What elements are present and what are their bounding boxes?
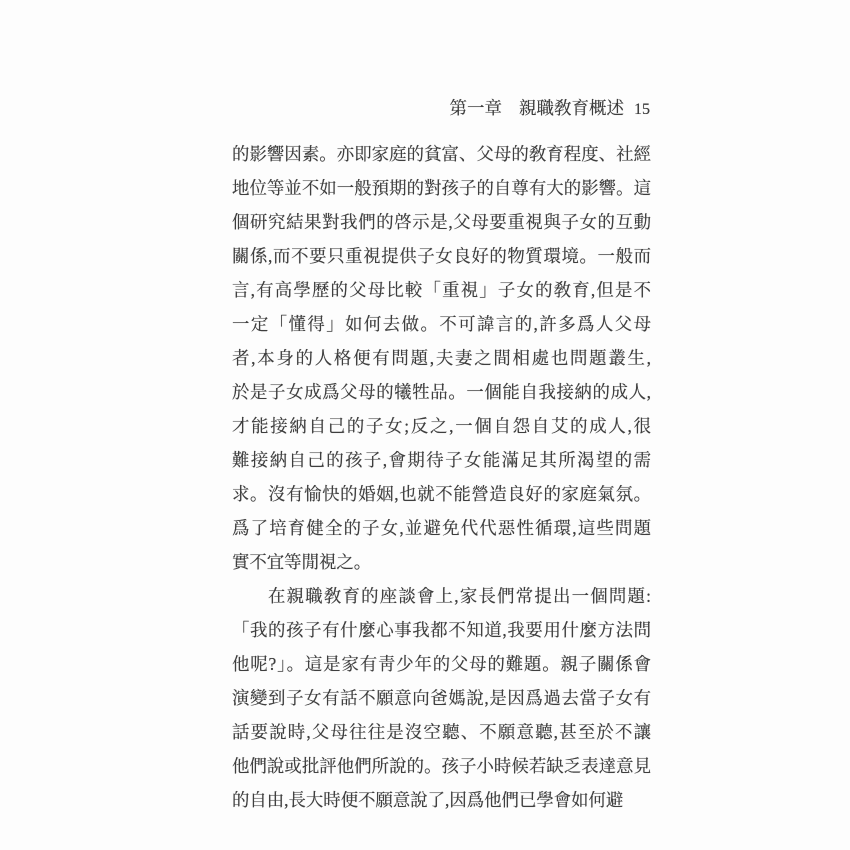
chapter-label: 第一章: [450, 98, 503, 118]
text-line: 求。沒有愉快的婚姻,也就不能營造良好的家庭氣氛。: [232, 477, 651, 511]
page-number: 15: [634, 101, 650, 118]
text-line: 話要說時,父母往往是沒空聽、不願意聽,甚至於不讓: [232, 715, 651, 749]
text-line: 「我的孩子有什麼心事我都不知道,我要用什麼方法問: [232, 613, 651, 647]
text-line: 難接納自己的孩子,會期待子女能滿足其所渴望的需: [232, 443, 651, 477]
text-line: 一定「懂得」如何去做。不可諱言的,許多爲人父母: [232, 307, 651, 341]
text-line: 他呢?」。這是家有靑少年的父母的難題。親子關係會: [232, 647, 651, 681]
text-line: 於是子女成爲父母的犧牲品。一個能自我接納的成人,: [232, 375, 651, 409]
text-line: 的自由,長大時便不願意說了,因爲他們已學會如何避: [232, 783, 651, 817]
text-line: 言,有高學歷的父母比較「重視」子女的敎育,但是不: [232, 273, 651, 307]
text-line: 在親職敎育的座談會上,家長們常提出一個問題:: [232, 579, 651, 613]
text-line: 的影響因素。亦即家庭的貧富、父母的敎育程度、社經: [232, 137, 651, 171]
book-page: 第一章親職敎育概述15 的影響因素。亦即家庭的貧富、父母的敎育程度、社經地位等並…: [0, 0, 850, 850]
text-line: 才能接納自己的子女;反之,一個自怨自艾的成人,很: [232, 409, 651, 443]
text-line: 他們說或批評他們所說的。孩子小時候若缺乏表達意見: [232, 749, 651, 783]
page-header: 第一章親職敎育概述15: [450, 96, 651, 120]
text-line: 演變到子女有話不願意向爸媽說,是因爲過去當子女有: [232, 681, 651, 715]
text-line: 地位等並不如一般預期的對孩子的自尊有大的影響。這: [232, 171, 651, 205]
body-text: 的影響因素。亦即家庭的貧富、父母的敎育程度、社經地位等並不如一般預期的對孩子的自…: [232, 137, 651, 817]
text-line: 關係,而不要只重視提供子女良好的物質環境。一般而: [232, 239, 651, 273]
chapter-title: 親職敎育概述: [519, 98, 624, 118]
text-line: 個研究結果對我們的啓示是,父母要重視與子女的互動: [232, 205, 651, 239]
text-line: 者,本身的人格便有問題,夫妻之間相處也問題叢生,: [232, 341, 651, 375]
text-line: 爲了培育健全的子女,並避免代代惡性循環,這些問題: [232, 511, 651, 545]
text-line: 實不宜等閒視之。: [232, 545, 651, 579]
